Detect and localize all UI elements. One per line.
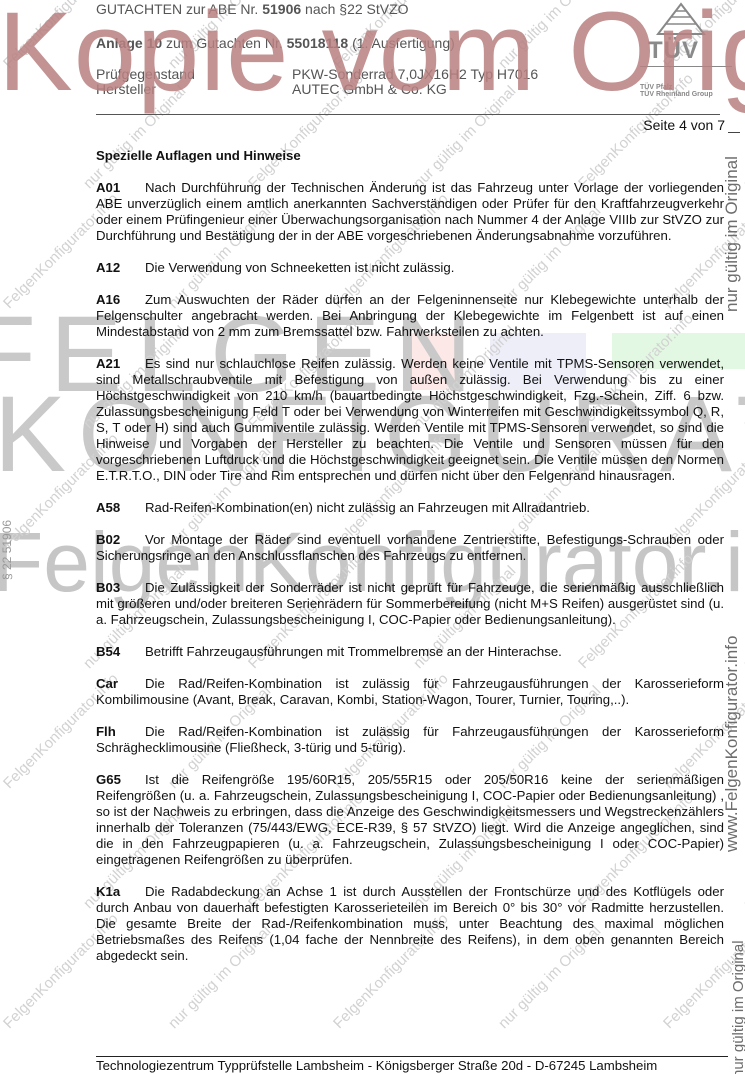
condition-text: Die Rad/Reifen-Kombination ist zulässig … <box>96 676 724 707</box>
condition-text: Die Zulässigkeit der Sonderräder ist nic… <box>96 580 724 627</box>
condition-item: A16Zum Auswuchten der Räder dürfen an de… <box>96 292 724 340</box>
condition-code: B02 <box>96 532 145 548</box>
condition-item: B02Vor Montage der Räder sind eventuell … <box>96 532 724 564</box>
condition-item: FlhDie Rad/Reifen-Kombination ist zuläss… <box>96 724 724 756</box>
condition-code: A21 <box>96 356 145 372</box>
side-watermark-url: www.FelgenKonfigurator.info <box>722 636 742 852</box>
side-watermark-nur-gueltig: nur gültig im Original <box>722 156 742 312</box>
condition-text: Vor Montage der Räder sind eventuell vor… <box>96 532 724 563</box>
watermark-kopie-vom-original: Kopie vom Original <box>0 0 745 108</box>
condition-code: A16 <box>96 292 145 308</box>
footer-divider <box>96 1056 728 1057</box>
condition-code: A01 <box>96 180 145 196</box>
condition-text: Die Verwendung von Schneeketten ist nich… <box>145 260 454 275</box>
condition-code: B54 <box>96 644 145 660</box>
side-watermark-nur-gueltig-bottom: nur gültig im Original <box>730 940 745 1074</box>
condition-text: Es sind nur schlauchlose Reifen zulässig… <box>96 356 724 483</box>
condition-text: Betrifft Fahrzeugausführungen mit Tromme… <box>145 644 562 659</box>
condition-item: B03Die Zulässigkeit der Sonderräder ist … <box>96 580 724 628</box>
condition-text: Nach Durchführung der Technischen Änderu… <box>96 180 724 243</box>
condition-code: Car <box>96 676 145 692</box>
condition-item: CarDie Rad/Reifen-Kombination ist zuläss… <box>96 676 724 708</box>
condition-item: G65Ist die Reifengröße 195/60R15, 205/55… <box>96 772 724 868</box>
footer-address: Technologiezentrum Typprüfstelle Lambshe… <box>96 1058 657 1073</box>
left-margin-reference: § 22 51906 <box>0 520 14 580</box>
condition-text: Rad-Reifen-Kombination(en) nicht zulässi… <box>145 500 590 515</box>
condition-text: Ist die Reifengröße 195/60R15, 205/55R15… <box>96 772 724 867</box>
condition-code: A12 <box>96 260 145 276</box>
diagonal-watermark-text: nur gültig im Original <box>740 323 745 432</box>
margin-mark <box>728 132 740 133</box>
condition-code: A58 <box>96 500 145 516</box>
condition-item: A12Die Verwendung von Schneeketten ist n… <box>96 260 724 276</box>
header-divider <box>96 114 720 115</box>
condition-code: B03 <box>96 580 145 596</box>
section-title: Spezielle Auflagen und Hinweise <box>96 148 724 164</box>
condition-code: K1a <box>96 884 145 900</box>
condition-text: Zum Auswuchten der Räder dürfen an der F… <box>96 292 724 339</box>
page-number: Seite 4 von 7 <box>643 117 725 133</box>
condition-text: Die Radabdeckung an Achse 1 ist durch Au… <box>96 884 724 963</box>
document-body: Spezielle Auflagen und Hinweise A01Nach … <box>96 148 724 980</box>
condition-item: B54Betrifft Fahrzeugausführungen mit Tro… <box>96 644 724 660</box>
condition-text: Die Rad/Reifen-Kombination ist zulässig … <box>96 724 724 755</box>
condition-item: A01Nach Durchführung der Technischen Änd… <box>96 180 724 244</box>
conditions-list: A01Nach Durchführung der Technischen Änd… <box>96 180 724 964</box>
condition-code: Flh <box>96 724 145 740</box>
condition-code: G65 <box>96 772 145 788</box>
condition-item: A21Es sind nur schlauchlose Reifen zuläs… <box>96 356 724 484</box>
condition-item: K1aDie Radabdeckung an Achse 1 ist durch… <box>96 884 724 964</box>
condition-item: A58Rad-Reifen-Kombination(en) nicht zulä… <box>96 500 724 516</box>
